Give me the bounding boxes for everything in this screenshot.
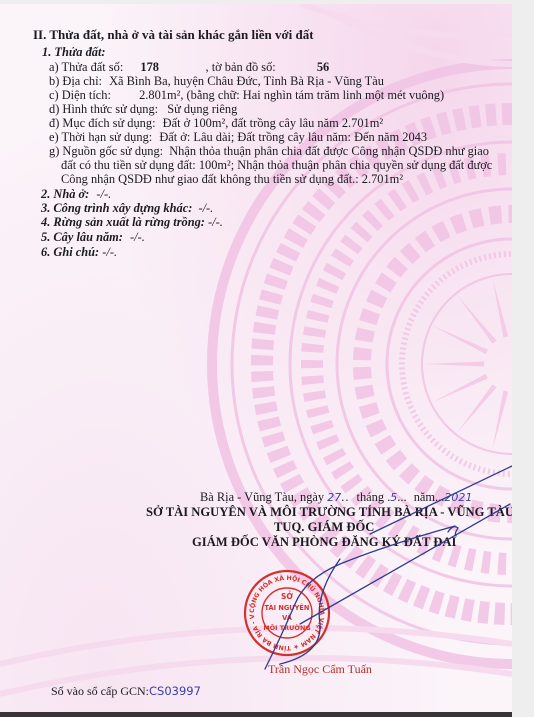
- parcel-number-label: a) Thửa đất số:: [49, 60, 123, 74]
- usage-term-value: Đất ở: Lâu dài; Đất trồng cây lâu năm: Đ…: [159, 130, 427, 144]
- signer-name: Trần Ngọc Cẩm Tuấn: [268, 662, 372, 676]
- usage-purpose-row: đ) Mục đích sử dụng: Đất ở 100m², đất tr…: [49, 116, 383, 130]
- scan-bottom-edge: [0, 712, 512, 717]
- on-behalf-title: TUQ. GIÁM ĐỐC: [274, 520, 374, 534]
- usage-form-value: Sử dụng riêng: [167, 102, 237, 116]
- usage-origin-label: g) Nguồn gốc sử dụng:: [49, 144, 163, 158]
- usage-form-row: d) Hình thức sử dụng: Sử dụng riêng: [49, 102, 237, 116]
- section-title: II. Thửa đất, nhà ở và tài sản khác gắn …: [33, 28, 314, 42]
- usage-origin-line3: Công nhận QSDĐ như giao đất không thu ti…: [61, 172, 403, 186]
- address-label: b) Địa chỉ:: [49, 74, 102, 88]
- perennial-trees-label: 5. Cây lâu năm:: [41, 230, 123, 244]
- usage-origin-line1: Nhận thỏa thuận phân chia đất được Công …: [169, 144, 489, 158]
- usage-term-row: e) Thời hạn sử dụng: Đất ở: Lâu dài; Đất…: [49, 130, 427, 144]
- notes-label: 6. Ghi chú:: [41, 245, 99, 259]
- perennial-trees-item: 5. Cây lâu năm: -/-.: [41, 230, 145, 244]
- office-director-title: GIÁM ĐỐC VĂN PHÒNG ĐĂNG KÝ ĐẤT ĐAI: [192, 535, 456, 549]
- map-sheet-label: , tờ bản đồ số:: [206, 60, 276, 74]
- usage-purpose-value: Đất ở 100m², đất trồng cây lâu năm 2.701…: [163, 116, 383, 130]
- land-parcel-heading: 1. Thửa đất:: [42, 45, 106, 59]
- certificate-page: II. Thửa đất, nhà ở và tài sản khác gắn …: [0, 4, 512, 712]
- house-label: 2. Nhà ở:: [41, 187, 89, 201]
- other-construction-item: 3. Công trình xây dựng khác: -/-.: [41, 201, 213, 215]
- address-row: b) Địa chỉ: Xã Bình Ba, huyện Châu Đức, …: [49, 74, 384, 88]
- perennial-trees-value: -/-.: [130, 230, 145, 244]
- seal-line-3: VÀ: [282, 613, 293, 622]
- day-value: 27: [327, 491, 341, 504]
- other-construction-value: -/-.: [198, 201, 213, 215]
- seal-line-4: MÔI TRƯỜNG: [263, 623, 310, 632]
- month-label: tháng: [357, 490, 385, 504]
- planted-forest-value: -/-.: [208, 215, 223, 229]
- place-date-line: Bà Rịa - Vũng Tàu, ngày 27.. tháng .5...…: [200, 490, 472, 505]
- parcel-number-row: a) Thửa đất số: 178 , tờ bản đồ số: 56: [49, 60, 329, 74]
- year-value: 2021: [444, 491, 472, 504]
- registry-number-row: Số vào sổ cấp GCN:CS03997: [51, 684, 201, 698]
- agency-name: SỞ TÀI NGUYÊN VÀ MÔI TRƯỜNG TỈNH BÀ RỊA …: [146, 505, 512, 519]
- house-value: -/-.: [96, 187, 111, 201]
- official-seal-icon: CỘNG HÒA XÃ HỘI CHỦ NGHĨA VIỆT NAM ★ TỈN…: [243, 569, 331, 657]
- notes-item: 6. Ghi chú: -/-.: [41, 245, 117, 259]
- seal-line-2: TÀI NGUYÊN: [265, 603, 310, 612]
- usage-origin-row: g) Nguồn gốc sử dụng: Nhận thỏa thuận ph…: [49, 144, 489, 158]
- house-item: 2. Nhà ở: -/-.: [41, 187, 111, 201]
- notes-value: -/-.: [102, 245, 117, 259]
- parcel-number-value: 178: [140, 60, 202, 74]
- seal-line-1: SỞ: [281, 591, 293, 601]
- place-date-prefix: Bà Rịa - Vũng Tàu, ngày: [200, 490, 324, 504]
- planted-forest-label: 4. Rừng sản xuất là rừng trồng:: [41, 215, 205, 229]
- address-value: Xã Bình Ba, huyện Châu Đức, Tỉnh Bà Rịa …: [109, 74, 384, 88]
- registry-value: CS03997: [149, 684, 201, 698]
- year-label: năm: [414, 490, 435, 504]
- area-label: c) Diện tích:: [49, 88, 136, 102]
- planted-forest-item: 4. Rừng sản xuất là rừng trồng: -/-.: [41, 215, 223, 229]
- usage-term-label: e) Thời hạn sử dụng:: [49, 130, 152, 144]
- area-row: c) Diện tích: 2.801m², (bằng chữ: Hai ng…: [49, 88, 444, 102]
- usage-form-label: d) Hình thức sử dụng:: [49, 102, 158, 116]
- usage-purpose-label: đ) Mục đích sử dụng:: [49, 116, 156, 130]
- certificate-content: II. Thửa đất, nhà ở và tài sản khác gắn …: [0, 4, 512, 712]
- area-value: 2.801m², (bằng chữ: Hai nghìn tám trăm l…: [139, 88, 444, 102]
- other-construction-label: 3. Công trình xây dựng khác:: [41, 201, 192, 215]
- map-sheet-value: 56: [317, 60, 329, 74]
- usage-origin-line2: đất có thu tiền sử dụng đất: 100m²; Nhận…: [61, 158, 492, 172]
- registry-label: Số vào sổ cấp GCN:: [51, 684, 149, 698]
